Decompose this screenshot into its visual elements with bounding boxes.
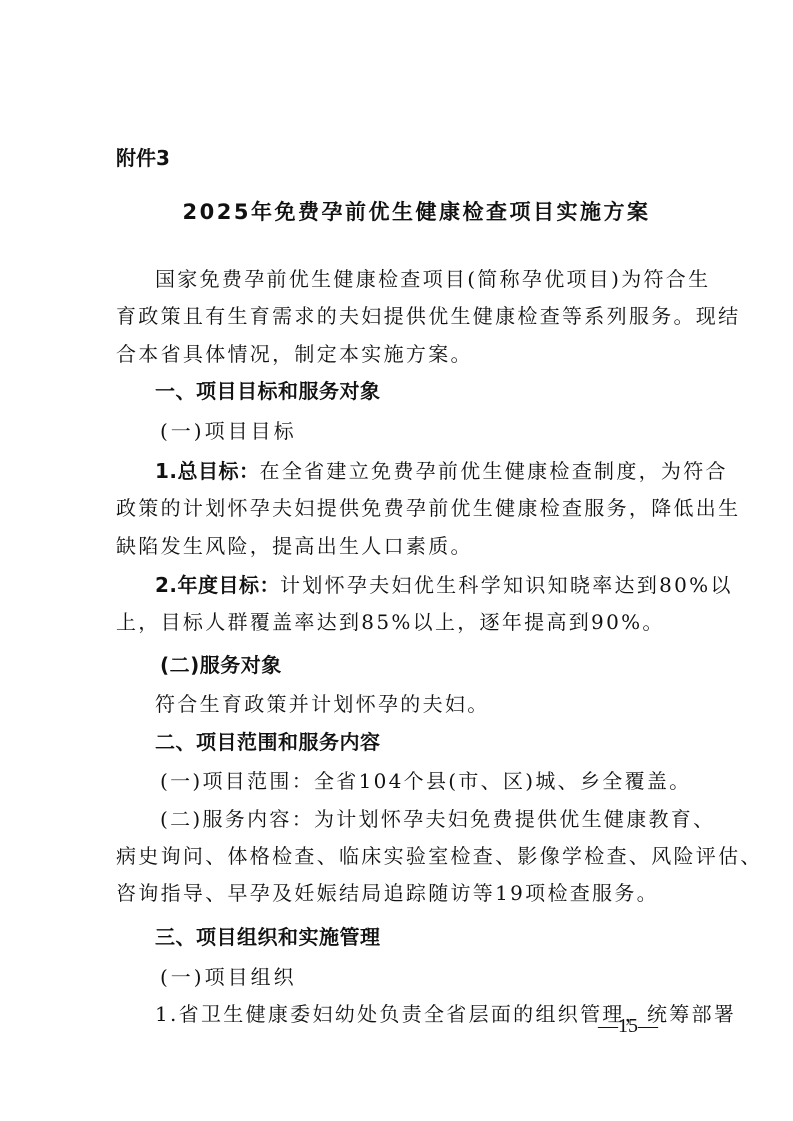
section1-heading: 一、项目目标和服务对象 <box>155 378 715 404</box>
section2-sub2-line-3: 咨询指导、早孕及妊娠结局追踪随访等19项检查服务。 <box>116 880 676 906</box>
section3-sub1-heading: (一)项目组织 <box>160 964 720 990</box>
document-page: 附件3 2025年免费孕前优生健康检查项目实施方案 国家免费孕前优生健康检查项目… <box>0 0 793 1121</box>
section2-heading: 二、项目范围和服务内容 <box>155 729 715 755</box>
section2-sub2-line-1: (二)服务内容：为计划怀孕夫妇免费提供优生健康教育、 <box>160 806 720 832</box>
goal2-label: 2.年度目标： <box>155 573 280 597</box>
goal1-line-3: 缺陷发生风险，提高出生人口素质。 <box>116 533 676 559</box>
goal2-line-2: 上，目标人群覆盖率达到85%以上，逐年提高到90%。 <box>116 609 676 635</box>
page-number: —15— <box>598 1015 658 1038</box>
intro-line-2: 育政策且有生育需求的夫妇提供优生健康检查等系列服务。现结 <box>116 303 676 329</box>
intro-line-3: 合本省具体情况，制定本实施方案。 <box>116 341 676 367</box>
document-title: 2025年免费孕前优生健康检查项目实施方案 <box>0 196 793 226</box>
section1-sub2-heading: (二)服务对象 <box>160 652 720 678</box>
goal1-line-1: 1.总目标：在全省建立免费孕前优生健康检查制度，为符合 <box>155 458 715 484</box>
section1-sub2-text: 符合生育政策并计划怀孕的夫妇。 <box>155 691 715 717</box>
section2-sub1: (一)项目范围：全省104个县(市、区)城、乡全覆盖。 <box>160 768 720 794</box>
goal1-label: 1.总目标： <box>155 459 260 483</box>
section1-sub1-heading: (一)项目目标 <box>160 418 720 444</box>
goal2-line-1: 2.年度目标：计划怀孕夫妇优生科学知识知晓率达到80%以 <box>155 572 715 598</box>
intro-line-1: 国家免费孕前优生健康检查项目(简称孕优项目)为符合生 <box>155 266 715 292</box>
goal1-line-2: 政策的计划怀孕夫妇提供免费孕前优生健康检查服务，降低出生 <box>116 495 676 521</box>
section3-heading: 三、项目组织和实施管理 <box>155 924 715 950</box>
section2-sub2-line-2: 病史询问、体格检查、临床实验室检查、影像学检查、风险评估、 <box>116 843 676 869</box>
attachment-label: 附件3 <box>116 142 170 171</box>
